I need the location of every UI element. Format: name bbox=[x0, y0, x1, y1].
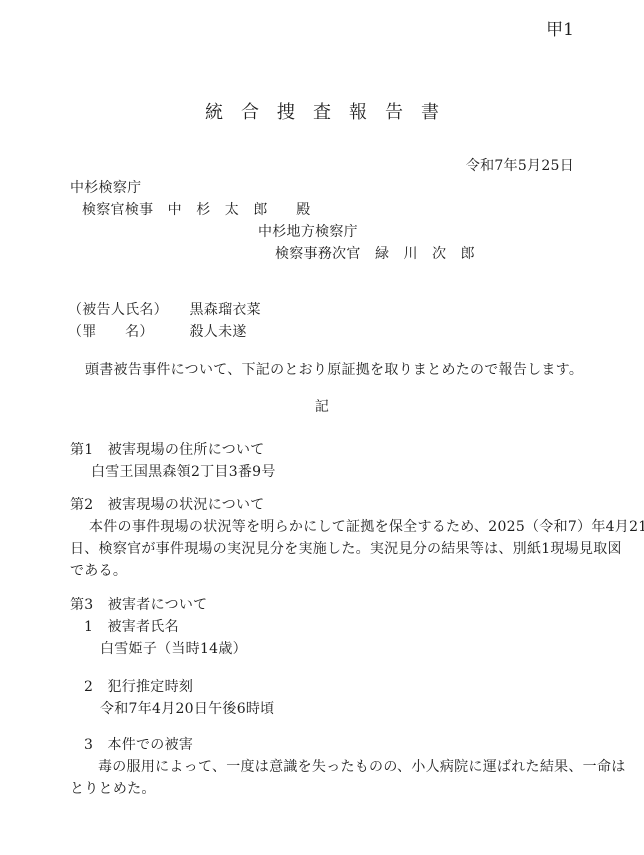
subsection-3-body-line-1: 毒の服用によって、一度は意識を失ったものの、小人病院に運ばれた結果、一命は bbox=[98, 756, 626, 778]
subsection-1-heading: 1 被害者氏名 bbox=[84, 616, 179, 638]
subsection-2-heading: 2 犯行推定時刻 bbox=[84, 676, 193, 698]
subsection-2-time: 令和7年4月20日午後6時頃 bbox=[100, 698, 274, 720]
section-2-body-line-1: 本件の事件現場の状況等を明らかにして証拠を保全するため、2025（令和7）年4月… bbox=[89, 516, 644, 538]
section-1-heading: 第1 被害現場の住所について bbox=[70, 439, 265, 461]
intro-paragraph: 頭書被告事件について、下記のとおり原証拠を取りまとめたので報告します。 bbox=[85, 359, 583, 381]
defendant-name-line: （被告人氏名） 黒森瑠衣菜 bbox=[68, 299, 261, 321]
charge-line: （罪 名） 殺人未遂 bbox=[68, 321, 247, 343]
recipient-office: 中杉検察庁 bbox=[70, 177, 141, 199]
document-title: 統 合 捜 査 報 告 書 bbox=[0, 100, 644, 126]
section-2-heading: 第2 被害現場の状況について bbox=[70, 494, 265, 516]
document-date: 令和7年5月25日 bbox=[466, 155, 574, 177]
section-2-body-line-3: である。 bbox=[70, 560, 127, 582]
exhibit-number: 甲1 bbox=[546, 18, 574, 42]
subsection-1-victim-name: 白雪姫子（当時14歳） bbox=[100, 638, 247, 660]
record-marker: 記 bbox=[0, 396, 644, 418]
subsection-3-heading: 3 本件での被害 bbox=[84, 734, 193, 756]
recipient-name: 検察官検事 中 杉 太 郎 殿 bbox=[82, 199, 310, 221]
report-page: 甲1 統 合 捜 査 報 告 書 令和7年5月25日 中杉検察庁 検察官検事 中… bbox=[0, 0, 644, 855]
section-3-heading: 第3 被害者について bbox=[70, 594, 207, 616]
section-1-address: 白雪王国黒森領2丁目3番9号 bbox=[91, 461, 276, 483]
sender-name: 検察事務次官 緑 川 次 郎 bbox=[275, 243, 475, 265]
subsection-3-body-line-2: とりとめた。 bbox=[70, 778, 156, 800]
sender-office: 中杉地方検察庁 bbox=[258, 221, 358, 243]
section-2-body-line-2: 日、検察官が事件現場の実況見分を実施した。実況見分の結果等は、別紙1現場見取図 bbox=[70, 538, 622, 560]
